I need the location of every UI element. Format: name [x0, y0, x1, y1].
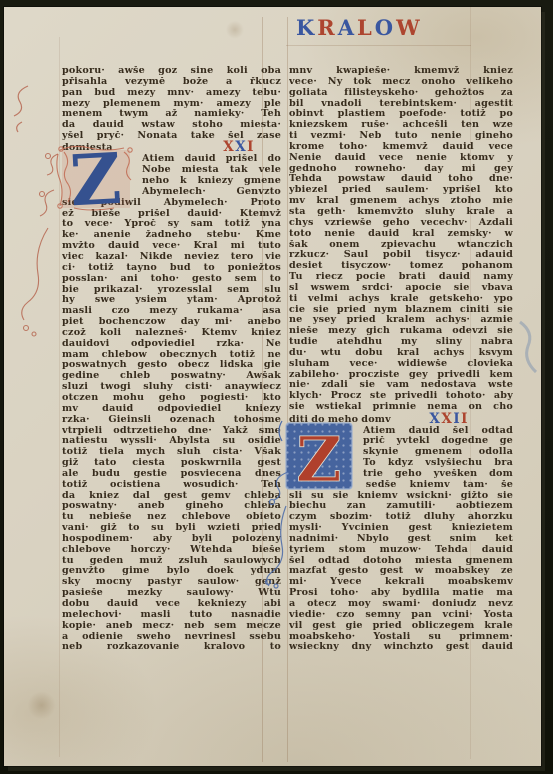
- text-line: sl wswem srdci· apocie sie vbava: [289, 283, 513, 294]
- text-line: wsieckny dny winchzto gest dauid: [289, 642, 513, 653]
- text-line: pokoru· awše goz sine koli oba: [62, 66, 281, 77]
- text-line: viedie· czo semny pan vcini· Yosta: [289, 610, 513, 621]
- colored-letter: A: [338, 15, 357, 40]
- text-line: otczen mohu geho pogiesti· kto: [62, 393, 281, 404]
- text-line: Nobe miesta tak vele: [142, 165, 281, 176]
- text-line: moabskeho· Yostali su primnem·: [289, 632, 513, 643]
- text-line: chys vzriewše geho vecechv· Azdali: [289, 218, 513, 229]
- text-line: giž tato ciesta poskwrnila gest: [62, 458, 281, 469]
- text-line: přisahla vezymě bože a řkucz: [62, 77, 281, 88]
- ruling-line-gutter-b: [287, 17, 288, 762]
- colored-letter: I: [453, 411, 461, 427]
- text-line: nieše mezy gich rukama odevzi sie: [289, 326, 513, 337]
- text-line: nie· zdali sie vam nedostava wste: [289, 380, 513, 391]
- text-line: mezy plemenem mym· amezy ple: [62, 99, 281, 110]
- text-line: vil gest gie pried obliczegem krale: [289, 621, 513, 632]
- text-line: piet bochenczow day mi· anebo: [62, 317, 281, 328]
- text-line: poswatny· aneb gineho chleba: [62, 501, 281, 512]
- chapter-xxi: Z Atiem dauid prišel doNobe miesta tak v…: [62, 154, 281, 653]
- text-line: biechu zan zamutili· aobtiezem: [289, 501, 513, 512]
- text-line: vtrpieli odtrzetieho dne· Yakž sme: [62, 426, 281, 437]
- right-text-column: mnv kwapieše· kmemvž kniezvece· Ny tok m…: [289, 66, 513, 653]
- text-line: ti vezmi· Neb tuto nenie gineho: [289, 131, 513, 142]
- text-line: ti velmi achys krale getskeho· ypo: [289, 294, 513, 305]
- text-line: kopie· aneb mecz· neb sem mecze: [62, 621, 281, 632]
- text-line: ci· totiž tayno bud to poniežtos: [62, 263, 281, 274]
- text-line: gedine chleb poswatny· Awšak: [62, 371, 281, 382]
- colored-letter: I: [247, 139, 255, 155]
- chapter-numeral-xxi: XXI: [223, 141, 255, 153]
- colored-letter: W: [396, 15, 423, 40]
- text-line: sta geth· kmemvžto sluhy krale a: [289, 207, 513, 218]
- text-line: hy swe ysiem ytam· Aprotož: [62, 295, 281, 306]
- chapter-21-body: sie podiwil Abymelech· Protoež bieše pri…: [62, 198, 281, 653]
- text-line: bie prikazal· yrozesslal sem slu: [62, 285, 281, 296]
- text-line: a otecz moy swami· doniudz nevz: [289, 599, 513, 610]
- text-line: Tehda powstaw dauid toho dne·: [289, 174, 513, 185]
- text-line: neho k kniezy gmene: [142, 176, 281, 187]
- text-line: trie geho yvešken dom: [363, 469, 513, 480]
- text-line: Nenie dauid vece nenie ktomv y: [289, 153, 513, 164]
- text-line: czym sbozim· totiž dluhy ahorzku: [289, 512, 513, 523]
- colored-letter: X: [235, 139, 247, 155]
- colored-letter: X: [441, 411, 453, 427]
- text-line: bil vnadoli terebintskem· agestit: [289, 99, 513, 110]
- ruling-line-left: [59, 37, 60, 757]
- chapter-20-ending: pokoru· awše goz sine koli obapřisahla v…: [62, 66, 281, 142]
- text-line: totiž tiela mych sluh cista· Však: [62, 447, 281, 458]
- text-line: toto nenie dauid kral zemsky· w: [289, 229, 513, 240]
- text-line: kniezskem ruše· achcešli ten wze: [289, 120, 513, 131]
- text-line: tyriem stom muzow· Tehda dauid: [289, 545, 513, 556]
- text-line: ne ysey pried kralem achys· azmie: [289, 315, 513, 326]
- running-title: KRALOW: [296, 15, 423, 41]
- text-line: sie wstiekal primnie nema on cho: [289, 402, 513, 413]
- text-line: menem twym až namieky· Teh: [62, 109, 281, 120]
- text-line: dauidovi odpoviediel rzka· Ne: [62, 339, 281, 350]
- text-line: tu nebieše nez chlebove obieto: [62, 512, 281, 523]
- text-line: mazfat gesto gest w moabskey ze: [289, 566, 513, 577]
- text-line: sluham vece· widiewše clovieka: [289, 359, 513, 370]
- text-line: nadnimi· Nbylo gest snim ket: [289, 534, 513, 545]
- text-line: cie sie pried nym blaznem ciniti sie: [289, 305, 513, 316]
- colored-letter: O: [375, 15, 396, 40]
- text-line: Abymelech· Genvzto: [142, 187, 281, 198]
- chapter-21-continuation: mnv kwapieše· kmemvž kniezvece· Ny tok m…: [289, 66, 513, 413]
- text-line: viec kazal· Nikde neviez tero vie: [62, 252, 281, 263]
- text-line: pasieše mezky saulowy· Wtu: [62, 588, 281, 599]
- text-line: rzkucz· Saul pobil tisycz· adauid: [289, 250, 513, 261]
- text-line: zabileho· procziste gey privedli kem: [289, 370, 513, 381]
- text-line: mam chlebow obecznych totiž ne: [62, 350, 281, 361]
- text-line: genvžto gime bylo doek ydum: [62, 566, 281, 577]
- text-line: tu geden muž zsluh saulowych: [62, 556, 281, 567]
- text-line: gednoho rowneho· day mi gey: [289, 164, 513, 175]
- text-line: mysli· Yvcinien gest kniezietem: [289, 523, 513, 534]
- text-line: šak onem zpievachu wtanczich: [289, 240, 513, 251]
- text-line: goliata filisteyskeho· gehožtos za: [289, 88, 513, 99]
- text-line: melechovi· masli tuto nasnadie: [62, 610, 281, 621]
- text-line: czož koli nalezneš· Ktemv kniez: [62, 328, 281, 339]
- ruling-line-header: [286, 45, 471, 46]
- text-line: rzka· Gieinsli ozenach tohosme: [62, 415, 281, 426]
- colored-letter: L: [357, 15, 375, 40]
- photo-background: KRALOW pokoru· awše goz sine koli obapři…: [0, 0, 553, 774]
- text-line: šel odtad dotoho miesta gmenem: [289, 556, 513, 567]
- svg-text:Z: Z: [68, 137, 124, 223]
- text-line: a odienie sweho nevrinesl ssebu: [62, 632, 281, 643]
- chapter-xxii: Z Atiem dauid šel odtadprič yvtekl doged…: [289, 426, 513, 654]
- text-line: dobu dauid vece kekniezy abi: [62, 599, 281, 610]
- text-line: Atiem dauid prišel do: [142, 154, 281, 165]
- text-line: ke· anenie žadneho stebu· Kme: [62, 230, 281, 241]
- text-line: ybiezel pried saulem· yprišel kto: [289, 185, 513, 196]
- text-line: klych· Procz ste privedli tohoto· aby: [289, 391, 513, 402]
- text-line: mnv kwapieše· kmemvž kniez: [289, 66, 513, 77]
- text-line: vani· giž to su byli wzieti pried: [62, 523, 281, 534]
- left-text-column: pokoru· awše goz sine koli obapřisahla v…: [62, 66, 281, 653]
- text-line: ale budu gestie posviecena dnes: [62, 469, 281, 480]
- text-line: chlebove horczy· Wtehda bieše: [62, 545, 281, 556]
- text-line: neb rozkazovanie kralovo to: [62, 642, 281, 653]
- text-line: sky mocny pastyr saulow· genž: [62, 577, 281, 588]
- text-line: skynie gmenem odolla: [363, 447, 513, 458]
- text-line: da kniez dal gest gemv chleba: [62, 491, 281, 502]
- text-line: Atiem dauid šel odtad: [363, 426, 513, 437]
- text-line: totiž ocistiena wosudich· Teh: [62, 480, 281, 491]
- text-line: mi· Yvece kekrali moabskemv: [289, 577, 513, 588]
- text-line: Prosi toho· aby bydlila matie ma: [289, 588, 513, 599]
- text-line: hospodinem· aby byli polozeny: [62, 534, 281, 545]
- text-line: mv kral gmenem achys ztoho mie: [289, 196, 513, 207]
- chapter-numeral-xxii: XXII: [429, 413, 469, 425]
- illuminated-initial-z-red: Z: [284, 421, 358, 493]
- colored-letter: R: [317, 15, 337, 40]
- text-line: sluzi twogi sluhy cisti· anaywiecz: [62, 382, 281, 393]
- chapter-22-opening: Atiem dauid šel odtadprič yvtekl dogedne…: [363, 426, 513, 480]
- text-line: mvžto dauid vece· Kral mi tuto: [62, 241, 281, 252]
- text-line: poswatnych gesto obecz lidska gie: [62, 360, 281, 371]
- text-line: To kdyz vslyšiechu bra: [363, 458, 513, 469]
- text-line: obinvt plastiem poefode· totiž po: [289, 109, 513, 120]
- colored-letter: X: [429, 411, 441, 427]
- text-line: du· wtu dobu kral achys ksvym: [289, 348, 513, 359]
- text-line: krome toho· kmemvž dauid vece: [289, 142, 513, 153]
- text-line: posslan· ani toho· gesto sem to: [62, 274, 281, 285]
- text-line: da dauid wstaw stoho miesta·: [62, 120, 281, 131]
- text-line: desiet tisyczow· tomez pohanom: [289, 261, 513, 272]
- colored-letter: I: [461, 411, 469, 427]
- colored-letter: K: [296, 15, 317, 40]
- text-line: masli czo mezy rukama· asa: [62, 306, 281, 317]
- illuminated-initial-z-blue: Z: [54, 146, 138, 212]
- colored-letter: X: [223, 139, 235, 155]
- text-line: vece· Ny tok mecz onoho velikeho: [289, 77, 513, 88]
- text-line: mv dauid odpoviediel kniezy: [62, 404, 281, 415]
- text-line: pan bud mezy mnv· amezy tebu·: [62, 88, 281, 99]
- chapter-21-opening: Atiem dauid prišel doNobe miesta tak vel…: [142, 154, 281, 197]
- text-line: natiestu wyssli· Abylsta su osidie: [62, 436, 281, 447]
- chapter-22-body: otce geho sedše kniemv tam· šesli su sie…: [289, 480, 513, 654]
- text-line: Tu riecz pocie brati dauid namy: [289, 272, 513, 283]
- text-line: tudie atehdhu my sliny nabra: [289, 337, 513, 348]
- text-line: prič yvtekl dogedne ge: [363, 436, 513, 447]
- svg-text:Z: Z: [296, 423, 341, 496]
